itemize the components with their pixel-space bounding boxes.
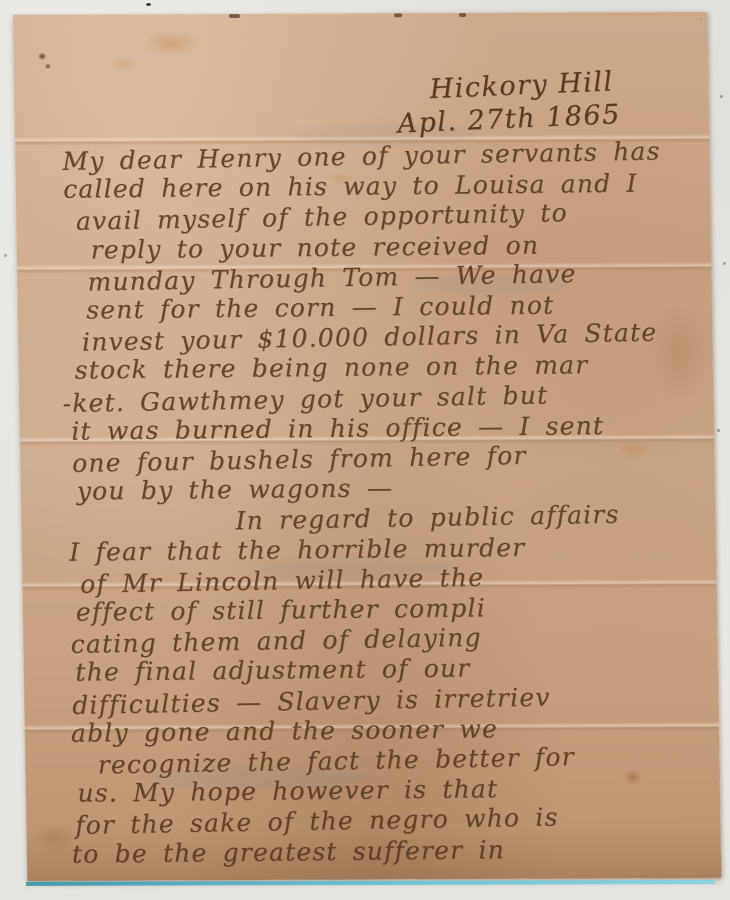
- paper-edge-nick: [459, 13, 466, 17]
- scanned-letter-screenshot: { "document_type": "scanned handwritten …: [0, 0, 730, 900]
- scan-speck: [723, 262, 726, 265]
- paper-edge-nick: [229, 14, 240, 18]
- scan-speck: [4, 254, 7, 257]
- paper-edge-nick: [394, 13, 402, 17]
- stain-spot: [45, 64, 51, 69]
- letter-body: My dear Henry one of your servants has c…: [62, 137, 710, 870]
- letter-heading: Hickory Hill Apl. 27th 1865: [395, 66, 622, 139]
- letter-paper: Hickory Hill Apl. 27th 1865 My dear Henr…: [13, 12, 721, 881]
- underlying-sheet-edge: [26, 880, 715, 886]
- letter-line: to be the greatest sufferer in: [72, 833, 711, 870]
- scan-speck: [720, 95, 723, 98]
- stain-spot: [141, 30, 199, 56]
- scan-speck: [146, 3, 151, 6]
- stain-spot: [38, 53, 47, 60]
- stain-spot: [109, 56, 139, 72]
- scan-speck: [717, 429, 720, 432]
- stain-spot: [32, 823, 76, 853]
